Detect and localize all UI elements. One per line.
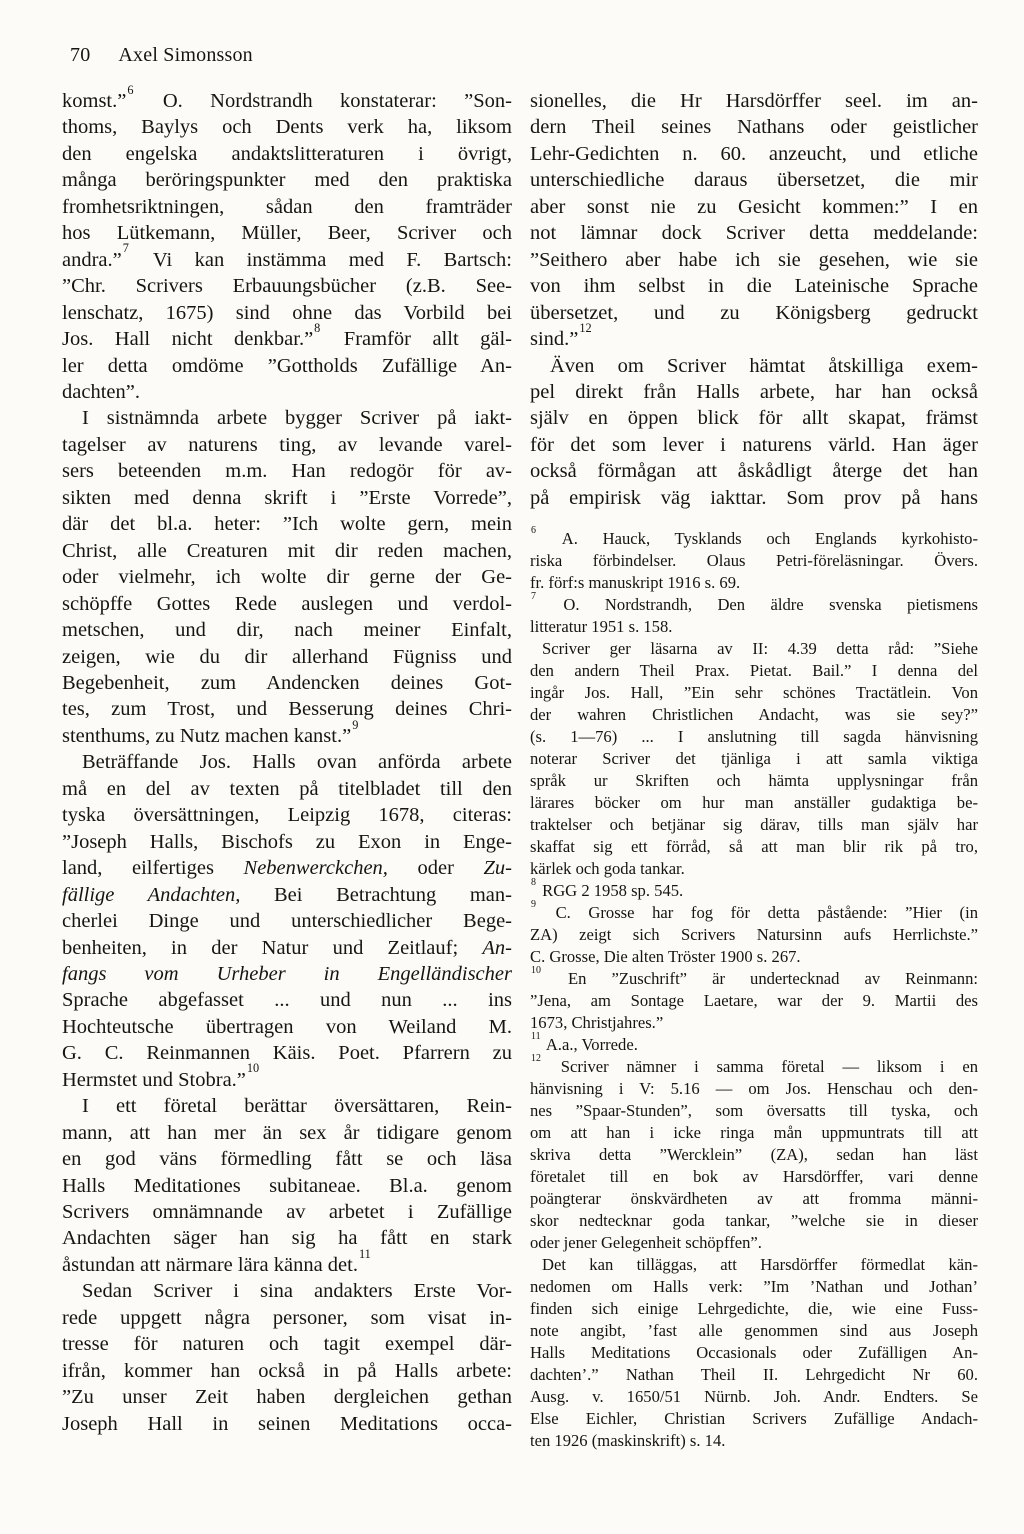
text-line: fällige Andachten, Bei Betrachtung man- <box>62 882 512 908</box>
text-run: Zu- <box>484 857 512 879</box>
footnote-line: oder jener Gelegenheit schöpffen”. <box>530 1232 978 1254</box>
footnote-line: 1673, Christjahres.” <box>530 1012 978 1034</box>
text-run: traktelser och betjänar sig därav, tills… <box>530 815 978 834</box>
text-run: Lehr-Gedichten n. 60. anzeucht, und etli… <box>530 143 978 165</box>
text-line: Jos. Hall nicht denkbar.”8 Framför allt … <box>62 326 512 352</box>
text-run: mann, att han mer än sex år tidigare gen… <box>62 1122 512 1144</box>
footnote-marker: 7 <box>531 591 536 602</box>
text-line: på empirisk väg iakttar. Som prov på han… <box>530 485 978 511</box>
text-run: hos Lütkemann, Müller, Beer, Scriver och <box>62 222 512 244</box>
text-line: Joseph Hall in seinen Meditations occa- <box>62 1411 512 1437</box>
text-run: metschen, und dir, nach meiner Einfalt, <box>62 619 512 641</box>
text-line: zeigen, wie du dir allerhand Fügniss und <box>62 644 512 670</box>
text-run: finden sich einige Lehrgedichte, die, wi… <box>530 1299 978 1318</box>
text-run: skor nedtecknar goda tankar, ”welche sie… <box>530 1211 978 1230</box>
text-run: oder vielmehr, ich wolte dir gerne der G… <box>62 566 512 588</box>
footnote-line: 9 C. Grosse har fog för detta påstående:… <box>530 902 978 924</box>
text-line: G. C. Reinmannen Käis. Poet. Pfarrern zu <box>62 1040 512 1066</box>
text-run: litteratur 1951 s. 158. <box>530 617 672 636</box>
text-run: G. C. Reinmannen Käis. Poet. Pfarrern zu <box>62 1042 512 1064</box>
text-run: nedomen om Halls verk: ”Im ’Nathan und J… <box>530 1277 978 1296</box>
text-line: unterschiedliche daraus übersetzet, die … <box>530 167 978 193</box>
text-run: om att han i icke ringa mån uppmuntrats … <box>530 1123 978 1142</box>
text-run: oder <box>388 857 484 879</box>
text-run: En ”Zuschrift” är undertecknad av Reinma… <box>543 969 978 988</box>
text-run: benheiten, in der Natur und Zeitlauf; <box>62 937 482 959</box>
text-run: zeigen, wie du dir allerhand Fügniss und <box>62 646 512 668</box>
footnote-line: 8 RGG 2 1958 sp. 545. <box>530 880 978 902</box>
text-run: C. Grosse, Die alten Tröster 1900 s. 267… <box>530 947 801 966</box>
footnote-line: ”Jena, am Sontage Laetare, war der 9. Ma… <box>530 990 978 1012</box>
text-line: land, eilfertiges Nebenwerckchen, oder Z… <box>62 855 512 881</box>
text-run: I sistnämnda arbete bygger Scriver på ia… <box>82 407 512 429</box>
footnote-line: den andern Theil Prax. Pietat. Bail.” I … <box>530 660 978 682</box>
text-run: Else Eichler, Christian Scrivers Zufälli… <box>530 1409 978 1428</box>
text-line: ”Zu unser Zeit haben dergleichen gethan <box>62 1384 512 1410</box>
text-line: Lehr-Gedichten n. 60. anzeucht, und etli… <box>530 141 978 167</box>
footnote-line: Det kan tilläggas, att Harsdörffer förme… <box>530 1254 978 1276</box>
text-run: dern Theil seines Nathans oder geistlich… <box>530 116 978 138</box>
text-line: Även om Scriver hämtat åtskilliga exem- <box>530 353 978 379</box>
text-run: tyska översättningen, Leipzig 1678, cite… <box>62 804 512 826</box>
text-run: An- <box>482 937 512 959</box>
text-run: fr. förf:s manuskript 1916 s. 69. <box>530 573 740 592</box>
footnote-line: litteratur 1951 s. 158. <box>530 616 978 638</box>
text-run: Jos. Hall nicht denkbar.” <box>62 328 313 350</box>
text-run: skaffat sig ett förråd, så att man blir … <box>530 837 978 856</box>
text-run: Scrivers omnämnande av arbetet i Zufälli… <box>62 1201 512 1223</box>
text-run: på empirisk väg iakttar. Som prov på han… <box>530 487 978 509</box>
page-number: 70 <box>70 44 90 66</box>
text-run: ”Seithero aber habe ich sie gesehen, wie… <box>530 249 978 271</box>
footnote-line: ten 1926 (maskinskrift) s. 14. <box>530 1430 978 1452</box>
text-line: stenthums, zu Nutz machen kanst.”9 <box>62 723 512 749</box>
text-line: ifrån, kommer han också in på Halls arbe… <box>62 1358 512 1384</box>
text-run: Bei Betrachtung man- <box>240 884 512 906</box>
footnote-line: Ausg. v. 1650/51 Nürnb. Joh. Andr. Endte… <box>530 1386 978 1408</box>
footnote-line: note angibt, ’fast alle genommen sind au… <box>530 1320 978 1342</box>
text-line: tagelser av naturens ting, av levande va… <box>62 432 512 458</box>
text-run: sionelles, die Hr Harsdörffer seel. im a… <box>530 90 978 112</box>
text-line: von ihm selbst in die Lateinische Sprach… <box>530 273 978 299</box>
footnote-marker: 7 <box>123 241 129 255</box>
footnote-line: ZA) zeigt sich Scrivers Natursinn aufs H… <box>530 924 978 946</box>
footnote-marker: 8 <box>314 321 320 335</box>
footnote-line: 10 En ”Zuschrift” är undertecknad av Rei… <box>530 968 978 990</box>
footnote-line: 11 A.a., Vorrede. <box>530 1034 978 1056</box>
text-line: sind.”12 <box>530 326 978 352</box>
text-line: metschen, und dir, nach meiner Einfalt, <box>62 617 512 643</box>
text-run: RGG 2 1958 sp. 545. <box>538 881 683 900</box>
footnote-marker: 11 <box>359 1247 371 1261</box>
text-line: Hermstet und Stobra.”10 <box>62 1067 512 1093</box>
text-line: sikten med denna skrift i ”Erste Vorrede… <box>62 485 512 511</box>
text-run: ”Chr. Scrivers Erbauungsbücher (z.B. See… <box>62 275 512 297</box>
text-line: också förmågan att åskådligt återge det … <box>530 458 978 484</box>
text-run: själv en öppen blick för allt skapat, fr… <box>530 407 978 429</box>
text-run: tes, zum Trost, und Besserung deines Chr… <box>62 698 512 720</box>
text-run: skriva detta ”Wercklein” (ZA), sedan han… <box>530 1145 978 1164</box>
text-run: unterschiedliche daraus übersetzet, die … <box>530 169 978 191</box>
text-run: nes ”Spaar-Stunden”, som översatts till … <box>530 1101 978 1120</box>
footnote-marker: 6 <box>127 83 133 97</box>
footnote-line: 12 Scriver nämner i samma företal — liks… <box>530 1056 978 1078</box>
text-line: schöpffe Gottes Rede auslegen und verdol… <box>62 591 512 617</box>
text-run: pel direkt från Halls arbete, har han oc… <box>530 381 978 403</box>
text-line: ”Chr. Scrivers Erbauungsbücher (z.B. See… <box>62 273 512 299</box>
text-run: Halls Meditations Occasionals oder Zufäl… <box>530 1343 978 1362</box>
text-line: I ett företal berättar översättaren, Rei… <box>62 1093 512 1119</box>
text-line: not lämnar dock Scriver detta meddelande… <box>530 220 978 246</box>
text-line: Scrivers omnämnande av arbetet i Zufälli… <box>62 1199 512 1225</box>
text-run: poängterar önskvärdheten av att fromma m… <box>530 1189 978 1208</box>
text-run: O. Nordstrandh konstaterar: ”Son- <box>136 90 513 112</box>
text-line: fangs vom Urheber in Engelländischer <box>62 961 512 987</box>
text-run: sikten med denna skrift i ”Erste Vorrede… <box>62 487 512 509</box>
text-run: schöpffe Gottes Rede auslegen und verdol… <box>62 593 512 615</box>
text-line: hos Lütkemann, Müller, Beer, Scriver och <box>62 220 512 246</box>
text-line: själv en öppen blick för allt skapat, fr… <box>530 405 978 431</box>
text-run: Även om Scriver hämtat åtskilliga exem- <box>550 355 978 377</box>
text-run: A.a., Vorrede. <box>543 1035 638 1054</box>
text-line: Christ, alle Creaturen mit dir reden mac… <box>62 538 512 564</box>
text-run: må en del av texten på titelbladet till … <box>62 778 512 800</box>
text-run: aber sonst nie zu Gesicht kommen:” I en <box>530 196 978 218</box>
text-run: I ett företal berättar översättaren, Rei… <box>82 1095 512 1117</box>
text-run: den engelska andaktslitteraturen i övrig… <box>62 143 512 165</box>
text-run: O. Nordstrandh, Den äldre svenska pietis… <box>538 595 978 614</box>
text-run: ten 1926 (maskinskrift) s. 14. <box>530 1431 725 1450</box>
footnote-marker: 8 <box>531 877 536 888</box>
text-run: ZA) zeigt sich Scrivers Natursinn aufs H… <box>530 925 978 944</box>
right-text-column: sionelles, die Hr Harsdörffer seel. im a… <box>530 88 978 511</box>
text-run: Joseph Hall in seinen Meditations occa- <box>62 1413 512 1435</box>
text-line: oder vielmehr, ich wolte dir gerne der G… <box>62 564 512 590</box>
text-run: tresse för naturen och tagit exempel där… <box>62 1333 512 1355</box>
footnote-line: traktelser och betjänar sig därav, tills… <box>530 814 978 836</box>
text-run: dachten”. <box>62 381 140 403</box>
text-run: stenthums, zu Nutz machen kanst.” <box>62 725 351 747</box>
footnote-marker: 12 <box>579 321 591 335</box>
text-line: en god väns förmedling fått se och läsa <box>62 1146 512 1172</box>
text-run: där det bl.a. heter: ”Ich wolte gern, me… <box>62 513 512 535</box>
page-header: 70Axel Simonsson <box>70 44 253 67</box>
footnote-line: hänvisning i V: 5.16 — om Jos. Henschau … <box>530 1078 978 1100</box>
text-run: komst.” <box>62 90 126 112</box>
text-run: Framför allt gäl- <box>322 328 512 350</box>
running-title: Axel Simonsson <box>118 44 252 66</box>
text-run: dachten’.” Nathan Theil II. Lehrgedicht … <box>530 1365 978 1384</box>
footnote-marker: 12 <box>531 1053 541 1064</box>
text-run: ingår Jos. Hall, ”Ein sehr schönes Tract… <box>530 683 978 702</box>
text-run: Vi kan instämma med F. Bartsch: <box>131 249 512 271</box>
footnote-line: poängterar önskvärdheten av att fromma m… <box>530 1188 978 1210</box>
text-run: von ihm selbst in die Lateinische Sprach… <box>530 275 978 297</box>
text-run: Christ, alle Creaturen mit dir reden mac… <box>62 540 512 562</box>
text-run: riska förbindelser. Olaus Petri-föreläsn… <box>530 551 978 570</box>
text-line: lenschatz, 1675) sind ohne das Vorbild b… <box>62 300 512 326</box>
footnote-line: kärlek och goda tankar. <box>530 858 978 880</box>
footnote-line: om att han i icke ringa mån uppmuntrats … <box>530 1122 978 1144</box>
text-run: rede uppgett några personer, som visat i… <box>62 1307 512 1329</box>
text-run: hänvisning i V: 5.16 — om Jos. Henschau … <box>530 1079 978 1098</box>
text-run: thoms, Baylys och Dents verk ha, liksom <box>62 116 512 138</box>
text-line: Begebenheit, zum Andencken deines Got- <box>62 670 512 696</box>
footnote-line: språk ur Skriften och hämta upplysningar… <box>530 770 978 792</box>
text-line: dachten”. <box>62 379 512 405</box>
text-run: C. Grosse har fog för detta påstående: ”… <box>538 903 978 922</box>
text-line: thoms, Baylys och Dents verk ha, liksom <box>62 114 512 140</box>
text-run: den andern Theil Prax. Pietat. Bail.” I … <box>530 661 978 680</box>
text-run: ler detta omdöme ”Gottholds Zufällige An… <box>62 355 512 377</box>
footnote-line: 7 O. Nordstrandh, Den äldre svenska piet… <box>530 594 978 616</box>
text-line: dern Theil seines Nathans oder geistlich… <box>530 114 978 140</box>
text-line: ”Seithero aber habe ich sie gesehen, wie… <box>530 247 978 273</box>
text-line: för det som lever i naturens värld. Han … <box>530 432 978 458</box>
text-run: fällige Andachten, <box>62 884 240 906</box>
footnote-line: fr. förf:s manuskript 1916 s. 69. <box>530 572 978 594</box>
text-run: Hochteutsche übertragen von Weiland M. <box>62 1016 512 1038</box>
text-line: pel direkt från Halls arbete, har han oc… <box>530 379 978 405</box>
text-run: der wahren Christlichen Andacht, was sie… <box>530 705 978 724</box>
text-run: sind.” <box>530 328 578 350</box>
text-run: en god väns förmedling fått se och läsa <box>62 1148 512 1170</box>
footnote-line: dachten’.” Nathan Theil II. Lehrgedicht … <box>530 1364 978 1386</box>
text-run: kärlek och goda tankar. <box>530 859 685 878</box>
footnote-line: företalet till en bok av Harsdörffer, va… <box>530 1166 978 1188</box>
text-run: (s. 1—76) ... I anslutning till sagda hä… <box>530 727 978 746</box>
text-line: Andachten säger han sig ha fått en stark <box>62 1225 512 1251</box>
text-run: cherlei Dinge und unterschiedlicher Bege… <box>62 910 512 932</box>
text-line: I sistnämnda arbete bygger Scriver på ia… <box>62 405 512 431</box>
footnote-line: skaffat sig ett förråd, så att man blir … <box>530 836 978 858</box>
footnote-line: nes ”Spaar-Stunden”, som översatts till … <box>530 1100 978 1122</box>
text-run: andra.” <box>62 249 122 271</box>
text-run: fromhetsriktningen, sådan den framträder <box>62 196 512 218</box>
footnote-line: Else Eichler, Christian Scrivers Zufälli… <box>530 1408 978 1430</box>
text-run: Begebenheit, zum Andencken deines Got- <box>62 672 512 694</box>
text-run: Sprache abgefasset ... und nun ... ins <box>62 989 512 1011</box>
text-run: många beröringspunkter med den praktiska <box>62 169 512 191</box>
text-line: ”Joseph Halls, Bischofs zu Exon in Enge- <box>62 829 512 855</box>
text-line: komst.”6 O. Nordstrandh konstaterar: ”So… <box>62 88 512 114</box>
text-line: tes, zum Trost, und Besserung deines Chr… <box>62 696 512 722</box>
footnote-line: C. Grosse, Die alten Tröster 1900 s. 267… <box>530 946 978 968</box>
text-run: ”Zu unser Zeit haben dergleichen gethan <box>62 1386 512 1408</box>
text-run: Nebenwerckchen, <box>244 857 388 879</box>
footnote-marker: 9 <box>352 718 358 732</box>
text-run: 1673, Christjahres.” <box>530 1013 663 1032</box>
footnotes-section: 6 A. Hauck, Tysklands och Englands kyrko… <box>530 528 978 1452</box>
text-run: fangs vom Urheber in Engelländischer <box>62 963 512 985</box>
footnote-marker: 10 <box>531 965 541 976</box>
text-run: sers beteenden m.m. Han redogör för av- <box>62 460 512 482</box>
footnote-line: riska förbindelser. Olaus Petri-föreläsn… <box>530 550 978 572</box>
text-line: sionelles, die Hr Harsdörffer seel. im a… <box>530 88 978 114</box>
text-run: Halls Meditationes subitaneae. Bl.a. gen… <box>62 1175 512 1197</box>
footnote-line: finden sich einige Lehrgedichte, die, wi… <box>530 1298 978 1320</box>
text-run: ”Jena, am Sontage Laetare, war der 9. Ma… <box>530 991 978 1010</box>
text-line: übersetzet, und zu Königsberg gedruckt <box>530 300 978 326</box>
text-line: Sprache abgefasset ... und nun ... ins <box>62 987 512 1013</box>
footnote-line: (s. 1—76) ... I anslutning till sagda hä… <box>530 726 978 748</box>
scanned-book-page: 70Axel Simonsson komst.”6 O. Nordstrandh… <box>0 0 1024 1534</box>
text-line: där det bl.a. heter: ”Ich wolte gern, me… <box>62 511 512 537</box>
text-run: Sedan Scriver i sina andakters Erste Vor… <box>82 1280 512 1302</box>
footnote-line: der wahren Christlichen Andacht, was sie… <box>530 704 978 726</box>
text-run: übersetzet, und zu Königsberg gedruckt <box>530 302 978 324</box>
text-line: tyska översättningen, Leipzig 1678, cite… <box>62 802 512 828</box>
text-run: åstundan att närmare lära känna det. <box>62 1254 358 1276</box>
text-line: många beröringspunkter med den praktiska <box>62 167 512 193</box>
text-line: aber sonst nie zu Gesicht kommen:” I en <box>530 194 978 220</box>
text-line: Hochteutsche übertragen von Weiland M. <box>62 1014 512 1040</box>
text-line: Beträffande Jos. Halls ovan anförda arbe… <box>62 749 512 775</box>
text-line: tresse för naturen och tagit exempel där… <box>62 1331 512 1357</box>
footnote-line: Scriver ger läsarna av II: 4.39 detta rå… <box>530 638 978 660</box>
text-line: mann, att han mer än sex år tidigare gen… <box>62 1120 512 1146</box>
text-run: Scriver ger läsarna av II: 4.39 detta rå… <box>542 639 978 658</box>
footnote-marker: 6 <box>531 525 536 536</box>
text-run: oder jener Gelegenheit schöpffen”. <box>530 1233 762 1252</box>
left-text-column: komst.”6 O. Nordstrandh konstaterar: ”So… <box>62 88 512 1437</box>
footnote-line: skriva detta ”Wercklein” (ZA), sedan han… <box>530 1144 978 1166</box>
text-run: tagelser av naturens ting, av levande va… <box>62 434 512 456</box>
text-run: Ausg. v. 1650/51 Nürnb. Joh. Andr. Endte… <box>530 1387 978 1406</box>
text-run: ”Joseph Halls, Bischofs zu Exon in Enge- <box>62 831 512 853</box>
text-run: land, eilfertiges <box>62 857 244 879</box>
text-line: ler detta omdöme ”Gottholds Zufällige An… <box>62 353 512 379</box>
text-run: Beträffande Jos. Halls ovan anförda arbe… <box>82 751 512 773</box>
text-line: andra.”7 Vi kan instämma med F. Bartsch: <box>62 247 512 273</box>
text-run: Scriver nämner i samma företal — liksom … <box>543 1057 978 1076</box>
text-run: företalet till en bok av Harsdörffer, va… <box>530 1167 978 1186</box>
text-run: Det kan tilläggas, att Harsdörffer förme… <box>542 1255 978 1274</box>
text-line: sers beteenden m.m. Han redogör för av- <box>62 458 512 484</box>
text-run: Andachten säger han sig ha fått en stark <box>62 1227 512 1249</box>
text-run: noterar Scriver det tjänliga i att samla… <box>530 749 978 768</box>
footnote-line: skor nedtecknar goda tankar, ”welche sie… <box>530 1210 978 1232</box>
text-line: benheiten, in der Natur und Zeitlauf; An… <box>62 935 512 961</box>
footnote-line: noterar Scriver det tjänliga i att samla… <box>530 748 978 770</box>
footnote-line: lärares böcker om hur man anställer guda… <box>530 792 978 814</box>
text-run: också förmågan att åskådligt återge det … <box>530 460 978 482</box>
text-run: lenschatz, 1675) sind ohne das Vorbild b… <box>62 302 512 324</box>
text-run: A. Hauck, Tysklands och Englands kyrkohi… <box>538 529 978 548</box>
footnote-line: ingår Jos. Hall, ”Ein sehr schönes Tract… <box>530 682 978 704</box>
text-line: cherlei Dinge und unterschiedlicher Bege… <box>62 908 512 934</box>
text-run: ifrån, kommer han också in på Halls arbe… <box>62 1360 512 1382</box>
text-line: Halls Meditationes subitaneae. Bl.a. gen… <box>62 1173 512 1199</box>
footnote-line: Halls Meditations Occasionals oder Zufäl… <box>530 1342 978 1364</box>
footnote-marker: 10 <box>247 1061 259 1075</box>
footnote-line: nedomen om Halls verk: ”Im ’Nathan und J… <box>530 1276 978 1298</box>
text-line: den engelska andaktslitteraturen i övrig… <box>62 141 512 167</box>
footnote-marker: 11 <box>531 1031 541 1042</box>
text-run: språk ur Skriften och hämta upplysningar… <box>530 771 978 790</box>
footnote-marker: 9 <box>531 899 536 910</box>
footnote-line: 6 A. Hauck, Tysklands och Englands kyrko… <box>530 528 978 550</box>
text-line: rede uppgett några personer, som visat i… <box>62 1305 512 1331</box>
text-line: fromhetsriktningen, sådan den framträder <box>62 194 512 220</box>
text-run: note angibt, ’fast alle genommen sind au… <box>530 1321 978 1340</box>
text-run: för det som lever i naturens värld. Han … <box>530 434 978 456</box>
text-run: not lämnar dock Scriver detta meddelande… <box>530 222 978 244</box>
text-run: Hermstet und Stobra.” <box>62 1069 246 1091</box>
text-line: må en del av texten på titelbladet till … <box>62 776 512 802</box>
text-line: Sedan Scriver i sina andakters Erste Vor… <box>62 1278 512 1304</box>
text-run: lärares böcker om hur man anställer guda… <box>530 793 978 812</box>
text-line: åstundan att närmare lära känna det.11 <box>62 1252 512 1278</box>
